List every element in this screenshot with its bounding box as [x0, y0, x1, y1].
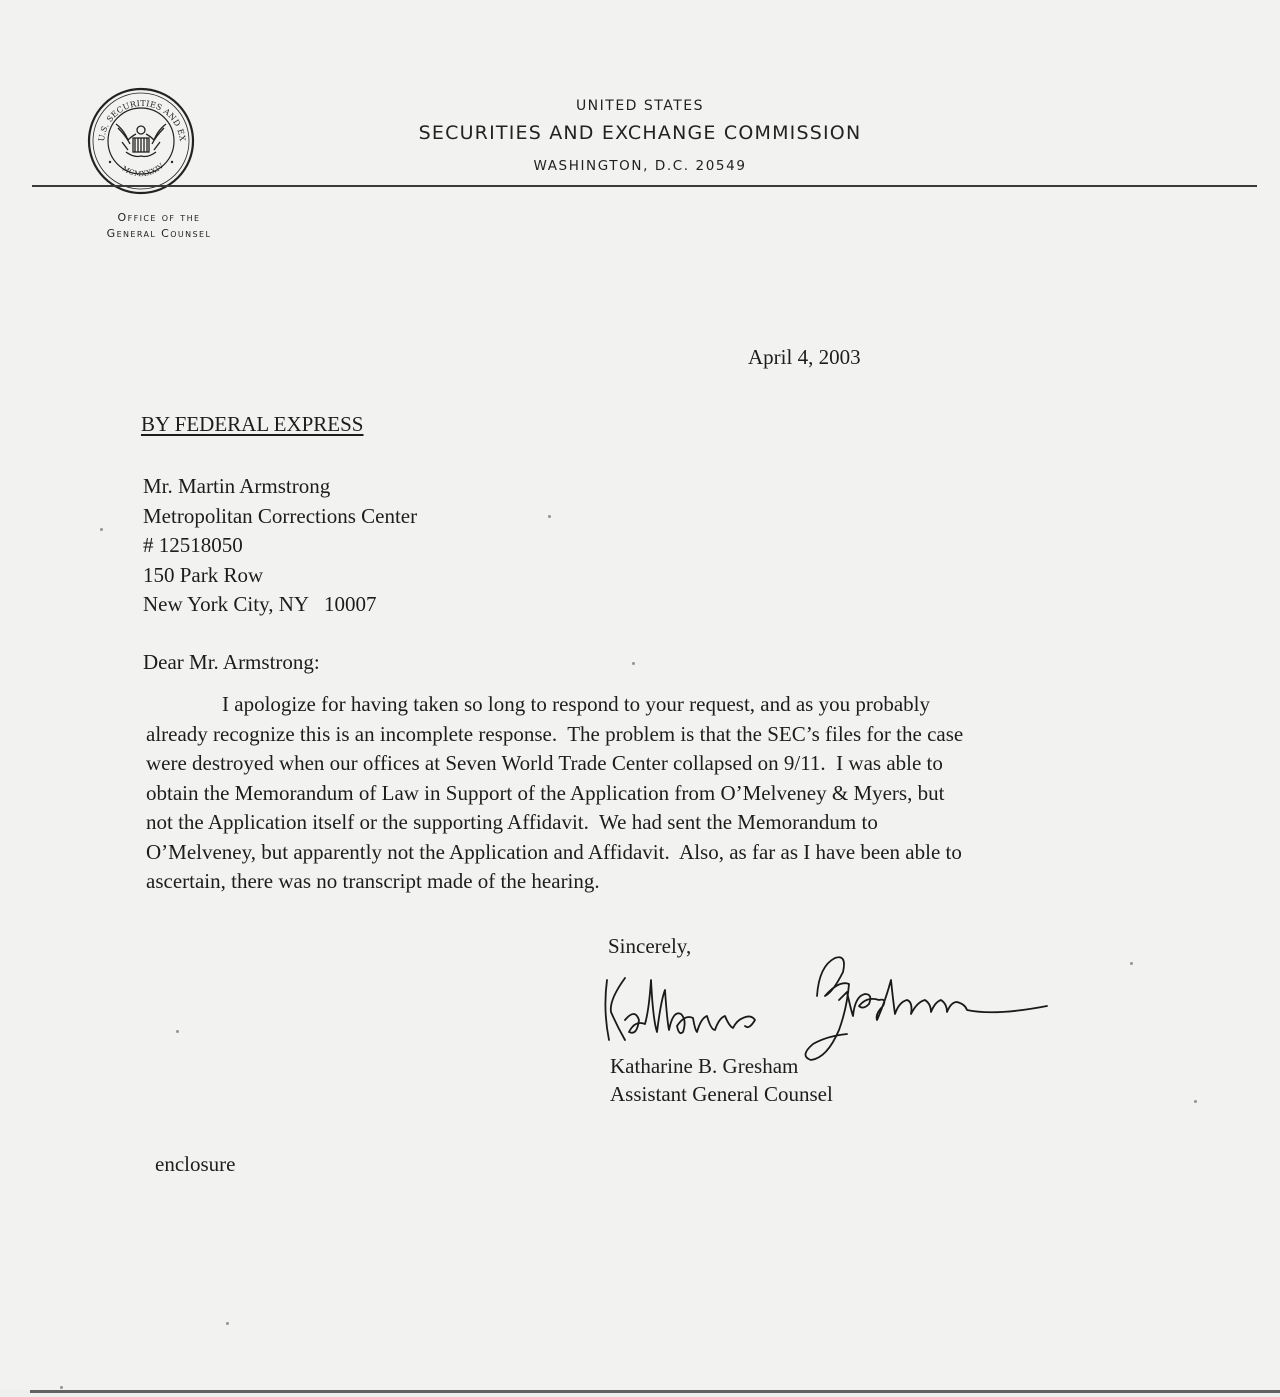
- sec-seal-icon: U.S. SECURITIES AND EXCHANGE COMMISSION …: [86, 86, 196, 196]
- body-line: were destroyed when our offices at Seven…: [146, 749, 1136, 779]
- recipient-inmate-number: # 12518050: [143, 531, 417, 561]
- signer-title: Assistant General Counsel: [610, 1080, 833, 1108]
- letterhead-agency: SECURITIES AND EXCHANGE COMMISSION: [380, 122, 900, 144]
- body-line: O’Melveney, but apparently not the Appli…: [146, 838, 1136, 868]
- signer-block: Katharine B. Gresham Assistant General C…: [610, 1052, 833, 1108]
- letter-date: April 4, 2003: [748, 343, 861, 372]
- letterhead-country: UNITED STATES: [380, 98, 900, 114]
- letterhead-address: WASHINGTON, D.C. 20549: [380, 158, 900, 174]
- delivery-method: BY FEDERAL EXPRESS: [141, 410, 363, 439]
- body-line: I apologize for having taken so long to …: [146, 690, 1136, 720]
- office-label: Office of the General Counsel: [74, 210, 244, 242]
- body-line: already recognize this is an incomplete …: [146, 720, 1136, 750]
- handwritten-signature-icon: [595, 940, 1055, 1070]
- letterhead-divider: [32, 185, 1257, 187]
- signer-name: Katharine B. Gresham: [610, 1052, 833, 1080]
- scan-speck: [176, 1030, 179, 1033]
- scan-speck: [226, 1322, 229, 1325]
- scan-speck: [60, 1386, 63, 1389]
- letter-page: U.S. SECURITIES AND EXCHANGE COMMISSION …: [0, 0, 1280, 1390]
- body-line: ascertain, there was no transcript made …: [146, 867, 1136, 897]
- recipient-address: Mr. Martin Armstrong Metropolitan Correc…: [143, 472, 417, 620]
- scan-speck: [1194, 1100, 1197, 1103]
- scan-speck: [548, 515, 551, 518]
- recipient-name: Mr. Martin Armstrong: [143, 472, 417, 502]
- recipient-institution: Metropolitan Corrections Center: [143, 502, 417, 532]
- scan-speck: [1130, 962, 1133, 965]
- office-line-1: Office of the: [74, 210, 244, 226]
- enclosure-note: enclosure: [155, 1150, 235, 1179]
- recipient-street: 150 Park Row: [143, 561, 417, 591]
- page-edge: [30, 1390, 1280, 1393]
- recipient-city: New York City, NY 10007: [143, 590, 417, 620]
- scan-speck: [632, 662, 635, 665]
- salutation: Dear Mr. Armstrong:: [143, 648, 320, 677]
- scan-speck: [100, 528, 103, 531]
- office-line-2: General Counsel: [74, 226, 244, 242]
- body-line: obtain the Memorandum of Law in Support …: [146, 779, 1136, 809]
- body-line: not the Application itself or the suppor…: [146, 808, 1136, 838]
- svg-text:MCMXXXIV: MCMXXXIV: [121, 161, 166, 178]
- body-paragraph: I apologize for having taken so long to …: [146, 690, 1136, 897]
